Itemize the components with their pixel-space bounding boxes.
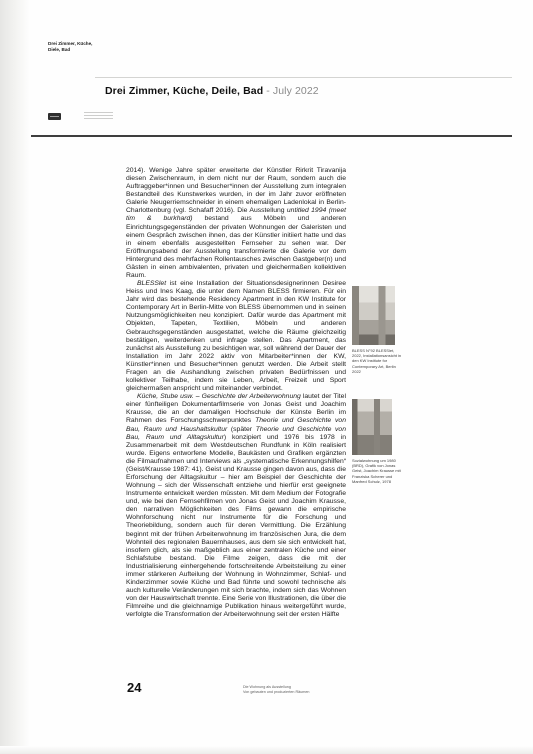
page-title-date: - July 2022 — [263, 85, 318, 97]
article-paragraph: BLESSlet ist eine Installation der Situa… — [126, 280, 346, 393]
article-paragraph: Küche, Stube usw. – Geschichte der Arbei… — [126, 393, 346, 619]
figure-bless-installation: BLESS N°92 BLESSlet, 2022, Installations… — [352, 286, 395, 375]
page-title: Drei Zimmer, Küche, Deile, Bad - July 20… — [105, 85, 319, 97]
running-head: Drei Zimmer, Küche, Diele, Bad — [48, 41, 92, 52]
section-divider-rule — [31, 135, 512, 137]
publisher-logo-icon — [48, 113, 61, 120]
article-body: 2014). Wenige Jahre später erweiterte de… — [126, 167, 346, 619]
figure-sozialwohnung: Sozialwohnung um 1980 (BRD), Grafik von … — [352, 399, 392, 485]
article-paragraph: 2014). Wenige Jahre später erweiterte de… — [126, 167, 346, 280]
footer-note-line2: Von gebauten und produzierten Räumen — [243, 690, 309, 695]
scanned-magazine-page: Drei Zimmer, Küche, Diele, Bad Drei Zimm… — [0, 0, 533, 754]
figure-caption: BLESS N°92 BLESSlet, 2022, Installations… — [352, 348, 402, 375]
bless-installation-photo — [352, 286, 395, 345]
publisher-fineprint — [84, 112, 113, 120]
page-number: 24 — [127, 680, 141, 695]
sozialwohnung-grafik-photo — [352, 399, 392, 455]
page-title-text: Drei Zimmer, Küche, Deile, Bad — [105, 85, 263, 97]
footer-note: Die Wohnung als Ausstellung Von gebauten… — [243, 685, 309, 694]
header-top-rule — [95, 77, 512, 78]
page-scan-edge-bottom — [0, 746, 533, 754]
running-head-line2: Diele, Bad — [48, 47, 92, 53]
figure-caption: Sozialwohnung um 1980 (BRD), Grafik von … — [352, 458, 402, 485]
running-head-line1: Drei Zimmer, Küche, — [48, 41, 92, 47]
page-scan-edge — [0, 0, 30, 754]
